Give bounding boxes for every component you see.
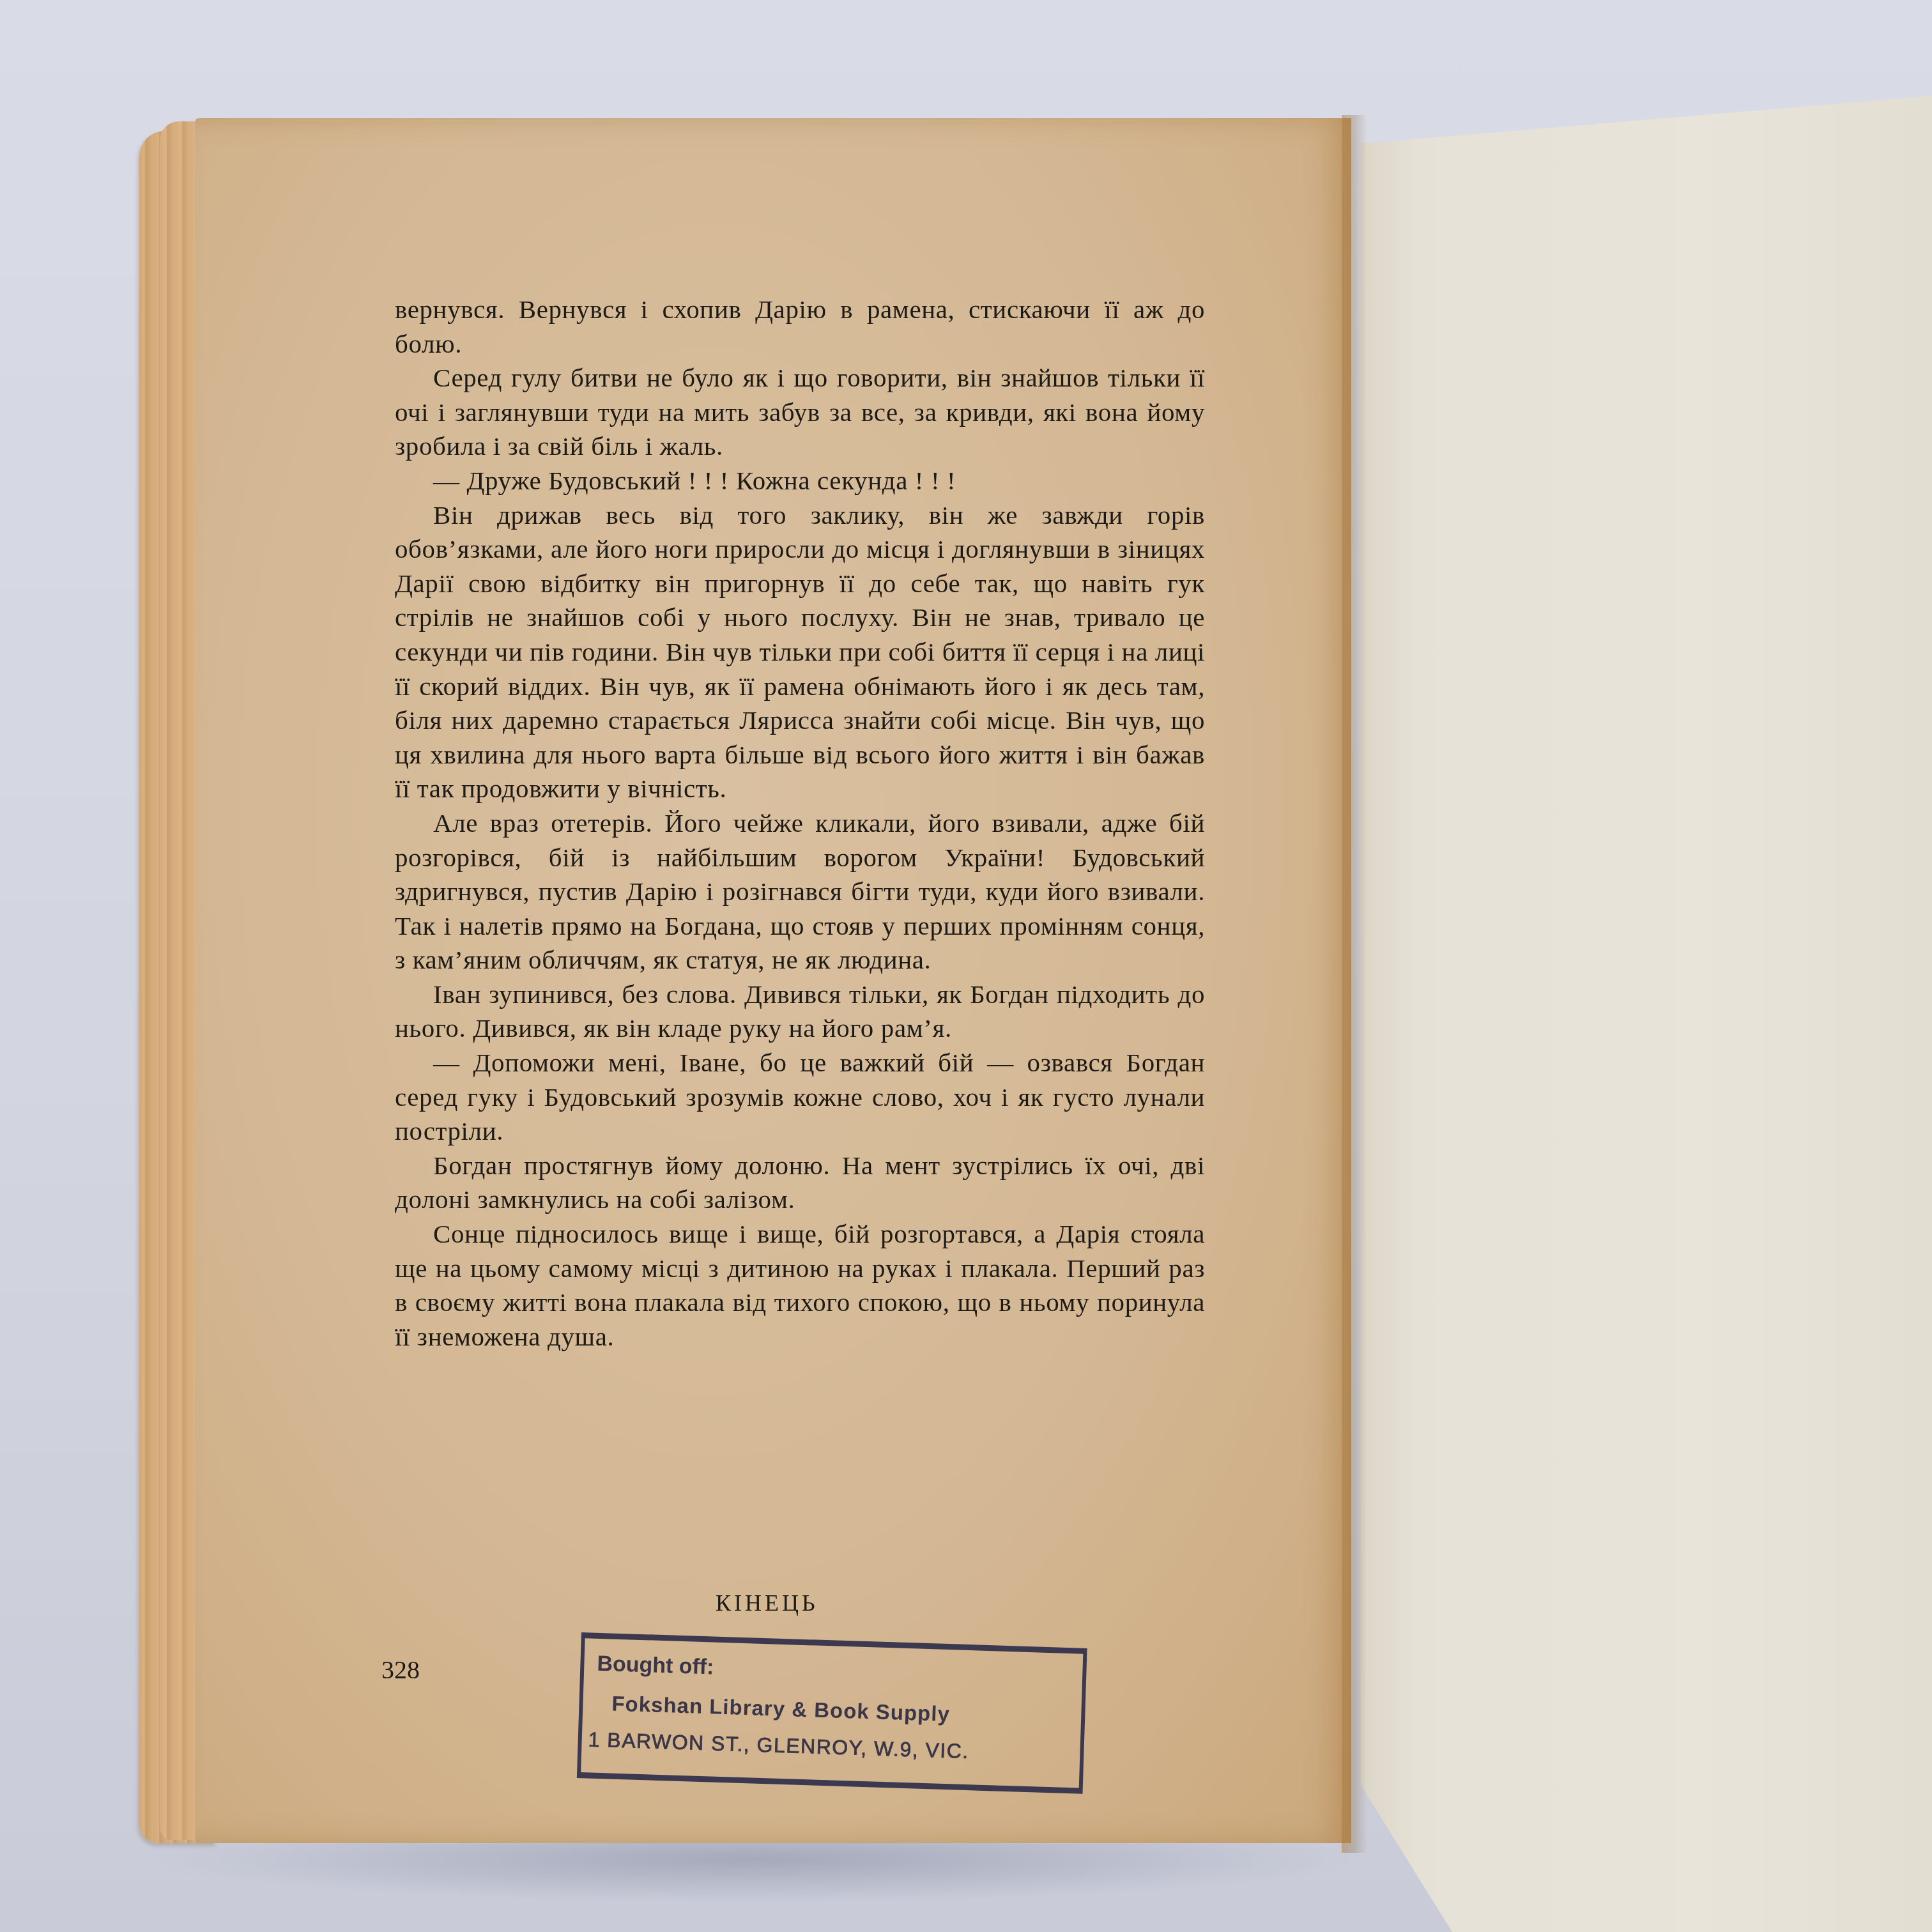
paragraph: Він дрижав весь від того заклику, він же… xyxy=(395,498,1205,806)
paragraph: — Допоможи мені, Іване, бо це важкий бій… xyxy=(395,1046,1205,1149)
paragraph: Богдан простягнув йому долоню. На мент з… xyxy=(395,1149,1205,1217)
paragraph: вернувся. Вернувся і схопив Дарію в раме… xyxy=(395,293,1205,361)
paragraph: Але враз отетерів. Його чейже кликали, й… xyxy=(395,806,1205,977)
paragraph: Іван зупинився, без слова. Дивився тільк… xyxy=(395,977,1205,1046)
stamp-line-library: Fokshan Library & Book Supply xyxy=(611,1692,951,1727)
right-blank-page xyxy=(1361,96,1932,1932)
ending-heading: КІНЕЦЬ xyxy=(716,1590,818,1616)
paragraph: Серед гулу битви не було як і що говорит… xyxy=(395,361,1205,464)
library-stamp: Bought off: Fokshan Library & Book Suppl… xyxy=(577,1632,1087,1794)
stamp-line-bought: Bought off: xyxy=(597,1652,714,1680)
page-text: вернувся. Вернувся і схопив Дарію в раме… xyxy=(395,293,1205,1354)
book-photo: вернувся. Вернувся і схопив Дарію в раме… xyxy=(0,0,1932,1932)
paragraph: — Друже Будовський ! ! ! Кожна секунда !… xyxy=(395,464,1205,498)
page-number: 328 xyxy=(381,1655,420,1685)
book-gutter xyxy=(1342,115,1367,1853)
stamp-line-address: 1 BARWON ST., GLENROY, W.9, VIC. xyxy=(588,1728,969,1763)
paragraph: Сонце підносилось вище і вище, бій розго… xyxy=(395,1217,1205,1354)
